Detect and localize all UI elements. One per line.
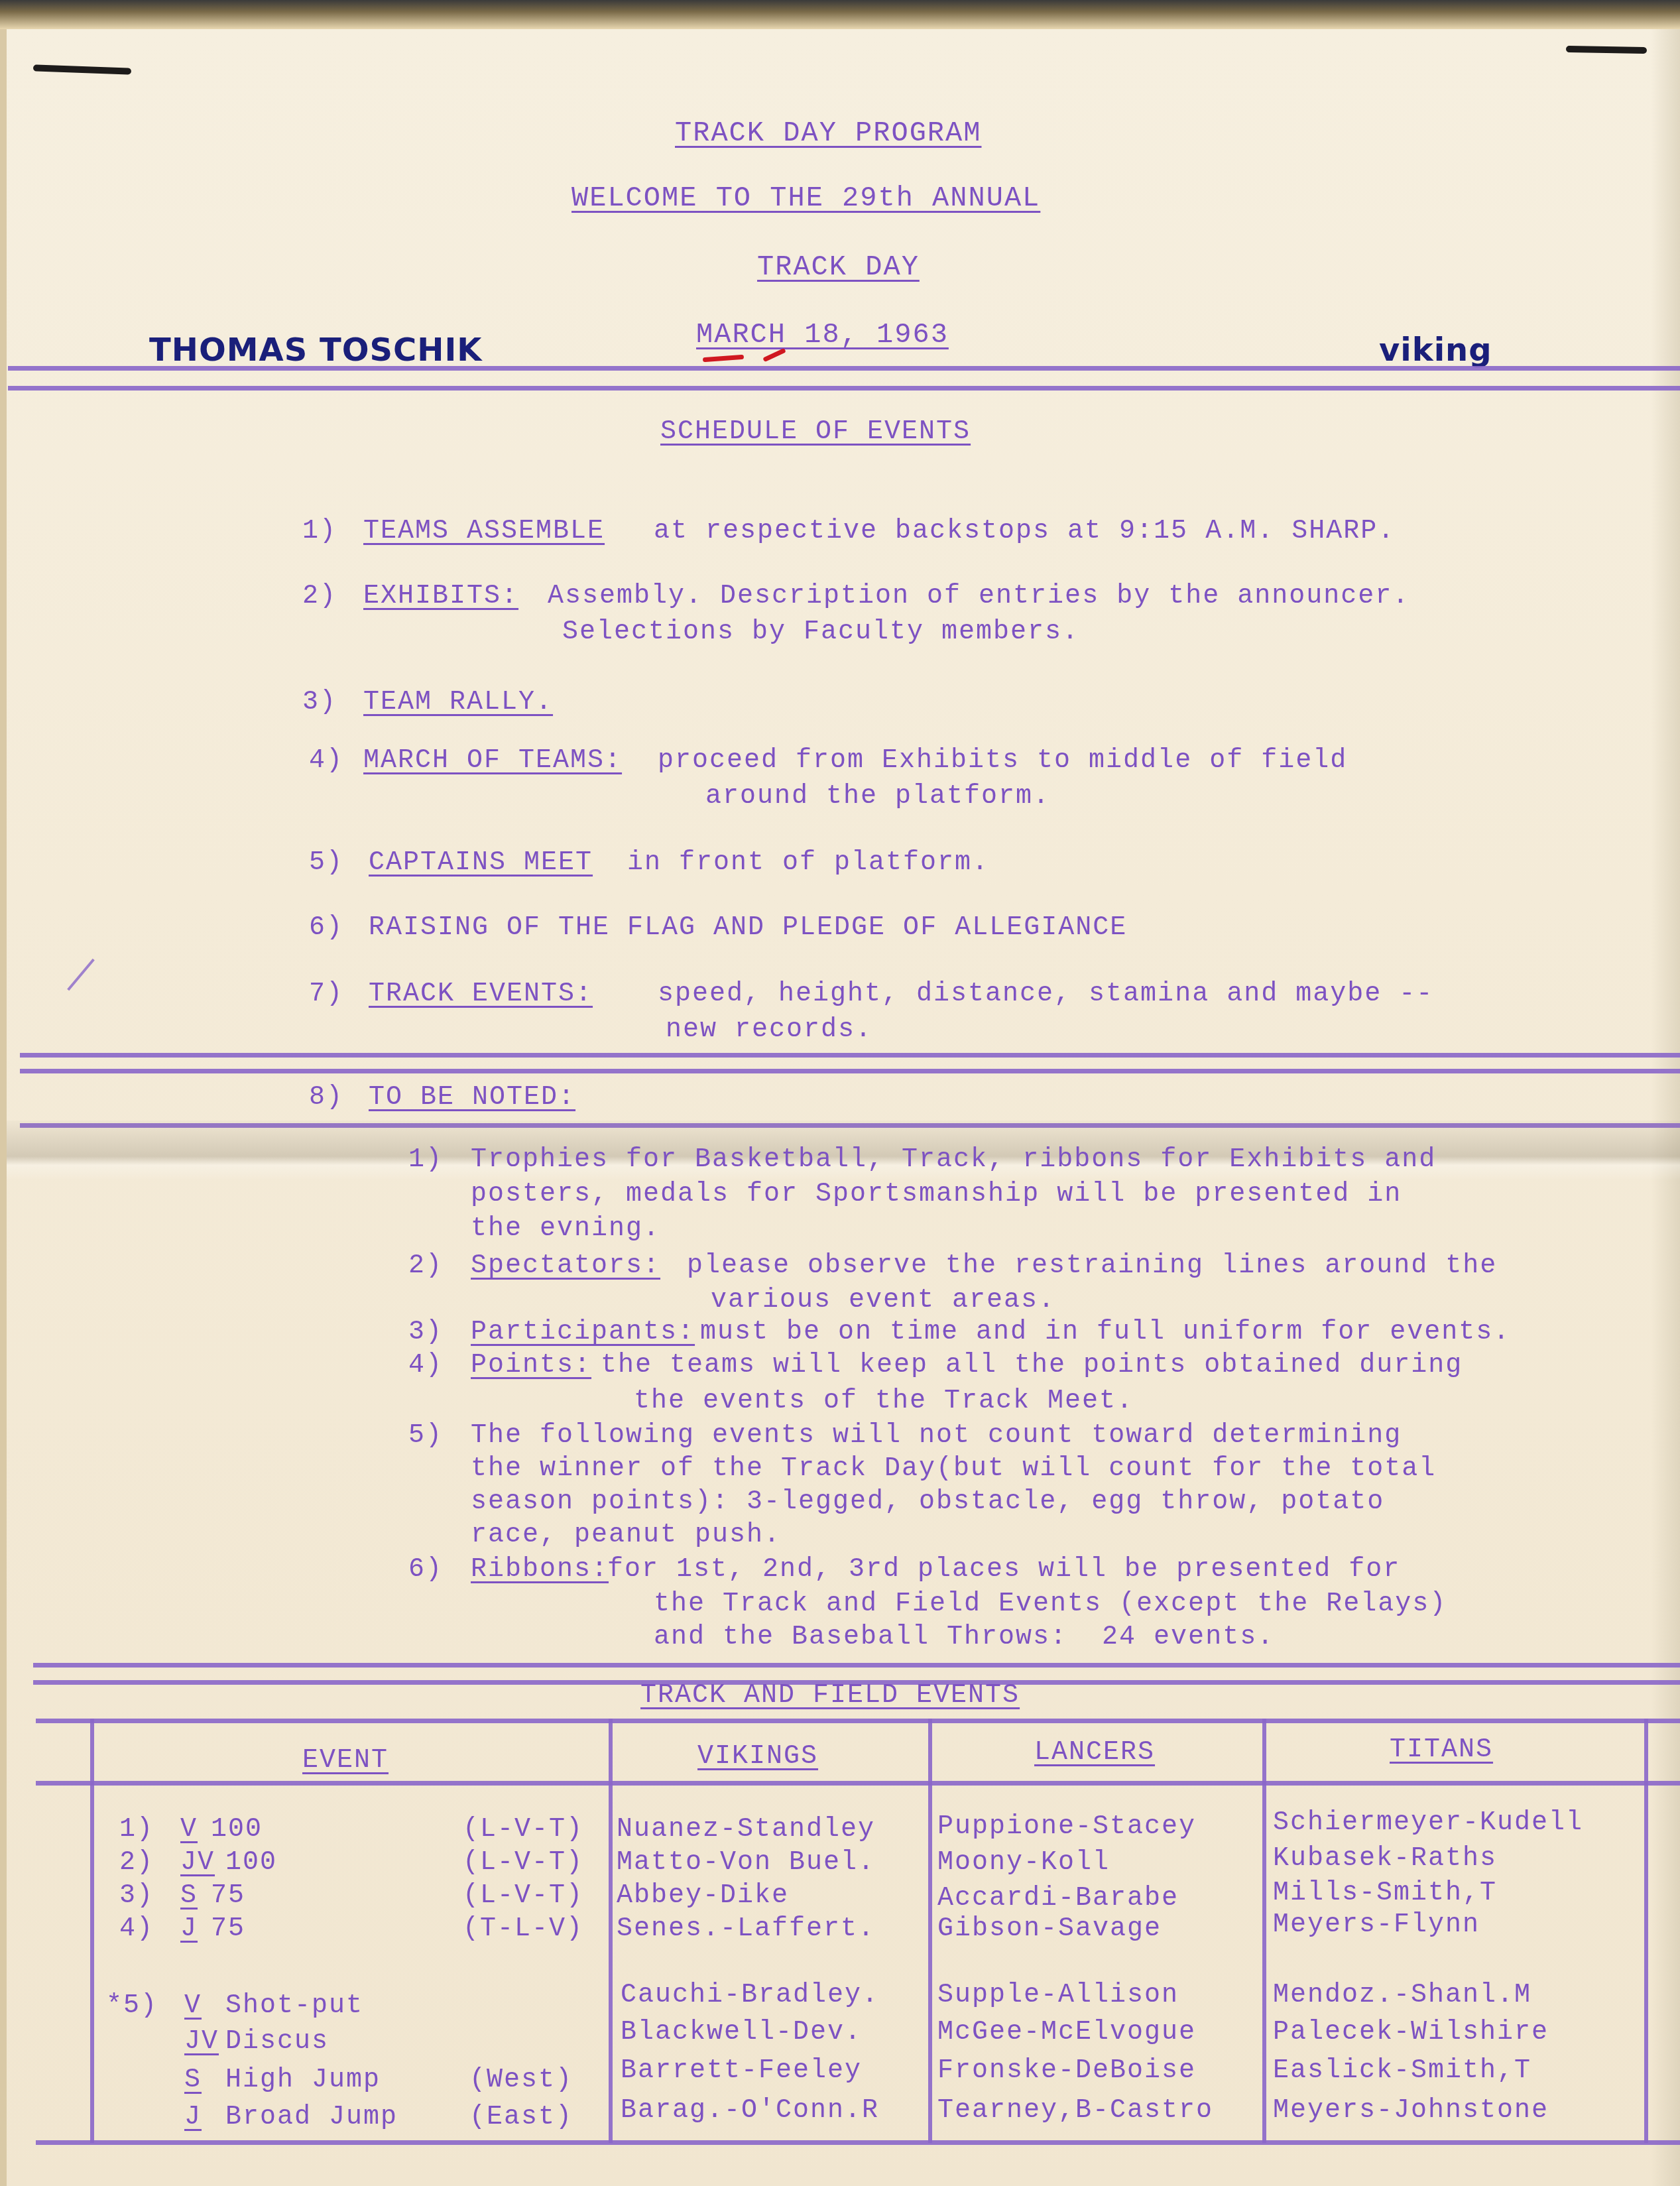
note-number: 2) [408, 1253, 443, 1280]
row-number: 1) [119, 1817, 154, 1843]
row-number: 2) [119, 1850, 154, 1876]
cell-lancers: Gibson-Savage [937, 1916, 1162, 1943]
table-col-border-4 [1644, 1719, 1648, 2143]
cell-vikings: Abbey-Dike [617, 1883, 789, 1910]
item-number: 2) [302, 583, 337, 610]
row-event: 100 [211, 1817, 263, 1843]
note-line: various event areas. [711, 1288, 1055, 1314]
cell-vikings: Senes.-Laffert. [617, 1916, 875, 1943]
event-date: MARCH 18, 1963 [696, 321, 949, 349]
cell-vikings: Matto-Von Buel. [617, 1850, 875, 1876]
item-text-continued: around the platform. [705, 784, 1050, 810]
note-line: must be on time and in full uniform for … [683, 1319, 1510, 1346]
item-number: 6) [309, 915, 343, 941]
row-level: J [184, 2104, 202, 2131]
item-title: TEAM RALLY. [363, 690, 553, 716]
cell-titans: Mendoz.-Shanl.M [1273, 1982, 1531, 2009]
cell-vikings: Nuanez-Standley [617, 1817, 875, 1843]
row-event: Discus [225, 2029, 329, 2055]
handwritten-team: viking [1379, 332, 1492, 369]
item-number: 1) [302, 518, 337, 545]
cell-lancers: Accardi-Barabe [937, 1886, 1179, 1912]
table-bottom-border [36, 2140, 1680, 2145]
column-header-titans: TITANS [1390, 1737, 1493, 1764]
note-line: the events of the Track Meet. [634, 1388, 1134, 1415]
cell-lancers: Puppione-Stacey [937, 1814, 1196, 1841]
item-title: TEAMS ASSEMBLE [363, 518, 605, 545]
notes-number: 8) [309, 1085, 343, 1111]
notes-heading: TO BE NOTED: [369, 1085, 575, 1111]
note-line: season points): 3-legged, obstacle, egg … [471, 1489, 1384, 1516]
scanner-top-edge [0, 0, 1680, 29]
cell-lancers: McGee-McElvogue [937, 2020, 1196, 2046]
cell-titans: Mills-Smith,T [1273, 1880, 1497, 1907]
cell-vikings: Blackwell-Dev. [621, 2020, 862, 2046]
cell-titans: Palecek-Wilshire [1273, 2020, 1549, 2046]
row-lanes: (L-V-T) [463, 1850, 583, 1876]
cell-lancers: Moony-Koll [937, 1850, 1110, 1876]
page-right-edge [1651, 29, 1680, 2186]
welcome-line: WELCOME TO THE 29th ANNUAL [571, 184, 1040, 212]
event-name: TRACK DAY [757, 253, 920, 281]
note-line: the teams will keep all the points obtai… [583, 1353, 1463, 1379]
item-text-continued: Selections by Faculty members. [562, 619, 1079, 646]
handwritten-name: THOMAS TOSCHIK [149, 332, 482, 369]
divider-double-bottom-1 [33, 1663, 1680, 1668]
item-number: 7) [309, 981, 343, 1008]
item-title: CAPTAINS MEET [369, 850, 593, 877]
item-title: EXHIBITS: [363, 583, 518, 610]
item-text: proceed from Exhibits to middle of field [623, 748, 1347, 774]
row-level: JV [180, 1850, 215, 1876]
cell-titans: Kubasek-Raths [1273, 1846, 1497, 1872]
row-number: *5) [106, 1993, 158, 2020]
row-event: Broad Jump [225, 2104, 398, 2131]
table-col-border-3 [1262, 1719, 1266, 2143]
item-number: 5) [309, 850, 343, 877]
item-number: 4) [309, 748, 343, 774]
row-level: V [180, 1817, 198, 1843]
row-event: 75 [211, 1916, 245, 1943]
cell-titans: Schiermeyer-Kudell [1273, 1810, 1583, 1837]
row-lanes: (West) [469, 2067, 573, 2094]
row-number: 4) [119, 1916, 154, 1943]
note-label: Ribbons: [471, 1557, 609, 1583]
row-level: JV [184, 2029, 219, 2055]
row-event: 75 [211, 1883, 245, 1910]
note-label: Points: [471, 1353, 591, 1379]
note-label: Spectators: [471, 1253, 660, 1280]
row-level: V [184, 1993, 202, 2020]
note-number: 4) [408, 1353, 443, 1379]
cell-lancers: Tearney,B-Castro [937, 2098, 1213, 2124]
table-col-border-0 [90, 1719, 94, 2143]
column-header-vikings: VIKINGS [697, 1744, 818, 1770]
note-line: Trophies for Basketball, Track, ribbons … [471, 1147, 1436, 1174]
row-event: Shot-put [225, 1993, 363, 2020]
note-line: the Track and Field Events (except the R… [654, 1591, 1447, 1618]
cell-titans: Meyers-Johnstone [1273, 2098, 1549, 2124]
cell-lancers: Supple-Allison [937, 1982, 1179, 2009]
note-number: 5) [408, 1423, 443, 1449]
item-title: MARCH OF TEAMS: [363, 748, 622, 774]
cell-titans: Easlick-Smith,T [1273, 2058, 1531, 2085]
note-label: Participants: [471, 1319, 695, 1346]
note-line: The following events will not count towa… [471, 1423, 1402, 1449]
note-line: the winner of the Track Day(but will cou… [471, 1456, 1436, 1483]
note-line: the evning. [471, 1216, 660, 1243]
row-event: 100 [225, 1850, 277, 1876]
divider-double-top-2 [8, 386, 1680, 391]
note-line: race, peanut push. [471, 1522, 781, 1549]
item-title: TRACK EVENTS: [369, 981, 593, 1008]
cell-lancers: Fronske-DeBoise [937, 2058, 1196, 2085]
page-title: TRACK DAY PROGRAM [675, 119, 981, 147]
item-text: Assembly. Description of entries by the … [530, 583, 1410, 610]
note-number: 3) [408, 1319, 443, 1346]
note-line: please observe the restraining lines aro… [670, 1253, 1497, 1280]
row-level: S [180, 1883, 198, 1910]
divider-double-top-1 [8, 366, 1680, 371]
item-number: 3) [302, 690, 337, 716]
row-lanes: (East) [469, 2104, 573, 2131]
row-lanes: (L-V-T) [463, 1883, 583, 1910]
staple-right-icon [1566, 46, 1647, 54]
schedule-heading: SCHEDULE OF EVENTS [660, 419, 971, 446]
row-number: 3) [119, 1883, 154, 1910]
note-number: 6) [408, 1557, 443, 1583]
note-line: posters, medals for Sportsmanship will b… [471, 1182, 1402, 1208]
divider-double-mid-1 [20, 1053, 1680, 1058]
column-header-lancers: LANCERS [1034, 1740, 1155, 1766]
row-level: J [180, 1916, 198, 1943]
item-text: RAISING OF THE FLAG AND PLEDGE OF ALLEGI… [369, 915, 1127, 941]
note-number: 1) [408, 1147, 443, 1174]
item-text: speed, height, distance, stamina and may… [623, 981, 1433, 1008]
row-event: High Jump [225, 2067, 381, 2094]
cell-titans: Meyers-Flynn [1273, 1912, 1480, 1939]
item-text-continued: new records. [666, 1017, 872, 1044]
cell-vikings: Barrett-Feeley [621, 2058, 862, 2085]
note-line: and the Baseball Throws: 24 events. [654, 1624, 1274, 1651]
cell-vikings: Barag.-O'Conn.R [621, 2098, 879, 2124]
divider-double-mid-2 [20, 1069, 1680, 1073]
item-text: in front of platform. [610, 850, 989, 877]
table-top-border [36, 1719, 1680, 1723]
cell-vikings: Cauchi-Bradley. [621, 1982, 879, 2009]
table-col-border-2 [928, 1719, 932, 2143]
table-header-border [36, 1781, 1680, 1786]
row-level: S [184, 2067, 202, 2094]
table-heading: TRACK AND FIELD EVENTS [640, 1683, 1020, 1709]
note-line: for 1st, 2nd, 3rd places will be present… [590, 1557, 1400, 1583]
table-col-border-1 [609, 1719, 613, 2143]
item-text: at respective backstops at 9:15 A.M. SHA… [636, 518, 1395, 545]
row-lanes: (T-L-V) [463, 1916, 583, 1943]
row-lanes: (L-V-T) [463, 1817, 583, 1843]
column-header-event: EVENT [302, 1748, 389, 1774]
